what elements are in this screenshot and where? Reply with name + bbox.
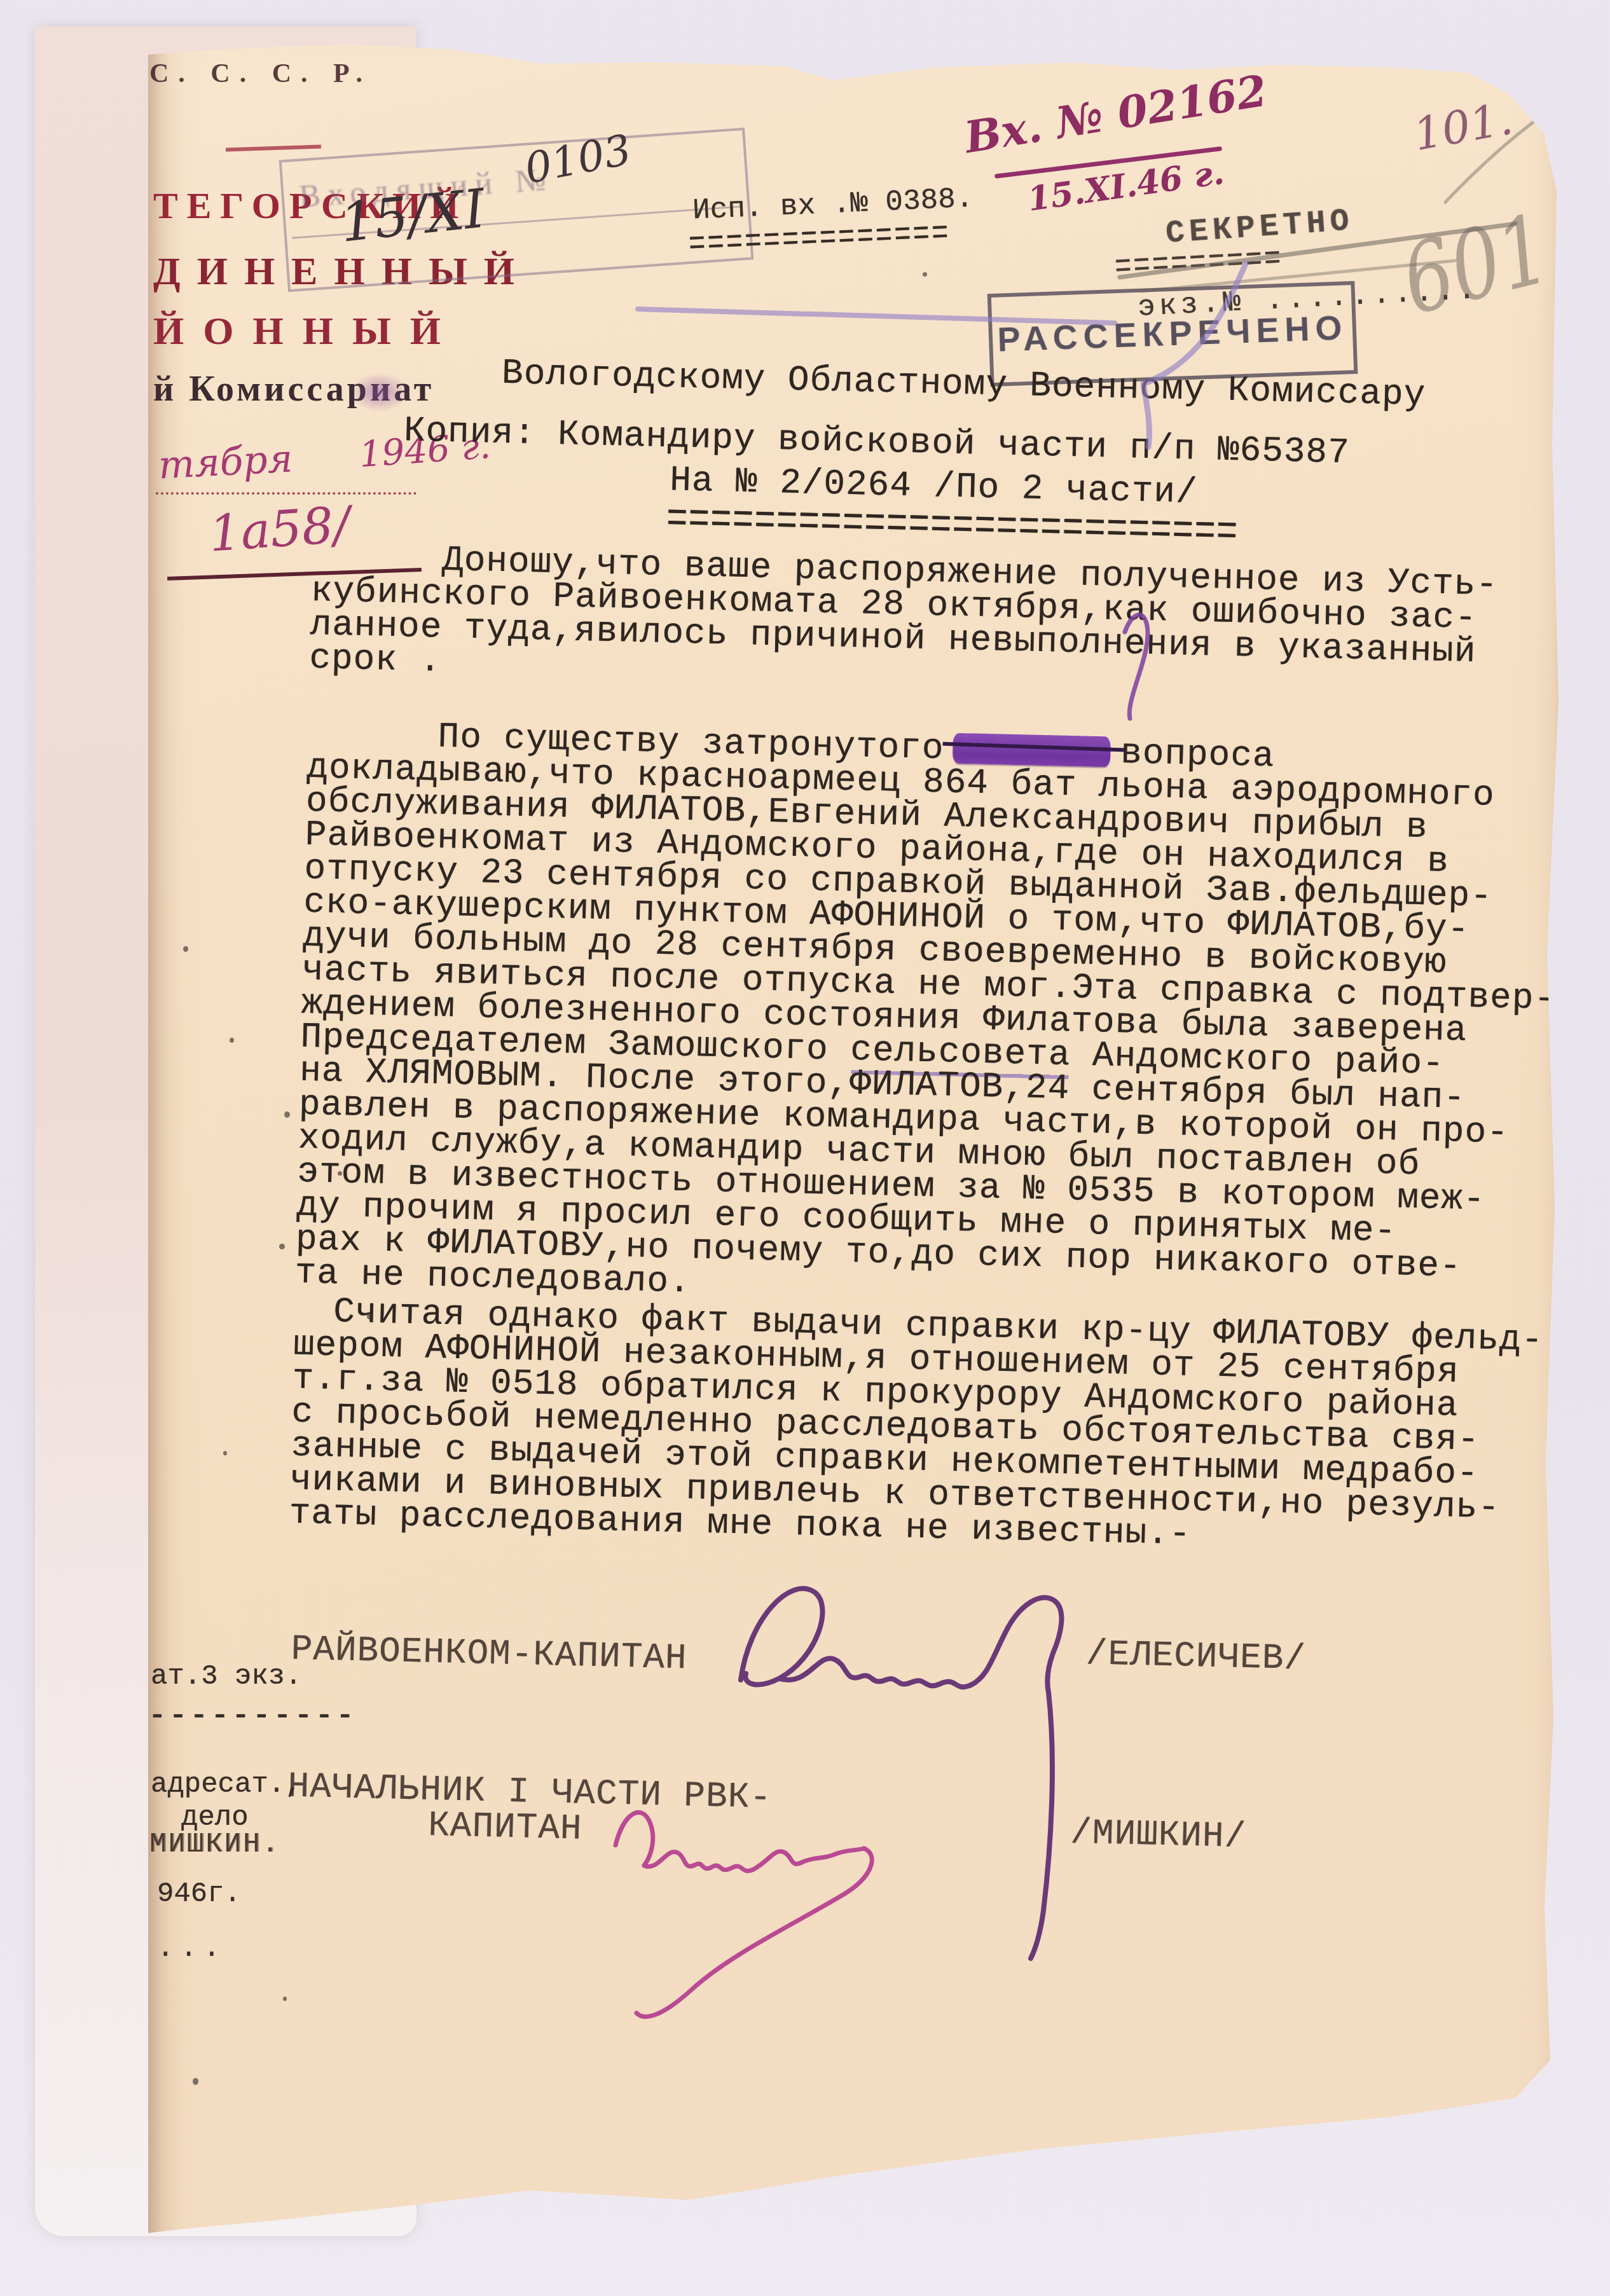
ink-speck — [923, 272, 927, 277]
registration-number-handwritten: Вх. № 02162 — [961, 65, 1270, 163]
margin-mishkin-note: МИШКИН. — [149, 1829, 280, 1860]
registration-date-handwritten: 15.XI.46 г. — [1025, 153, 1227, 219]
ink-speck — [284, 1111, 290, 1118]
typed-content: Вологодскому Областному Военному Комисса… — [278, 348, 1582, 2031]
signature-title-1: РАЙВОЕНКОМ-КАПИТАН — [291, 1633, 687, 1676]
letterhead-handwritten-month: тября — [157, 437, 294, 488]
ink-speck — [183, 946, 188, 952]
ink-speck — [223, 1451, 227, 1455]
scanned-document: С. С. С. Р. ТЕГОРСКИЙ ДИНЕННЫЙ ЙОННЫЙ й … — [0, 0, 1610, 2296]
paragraph-1: Доношу,что ваше распоряжение полученное … — [309, 540, 1499, 703]
ink-speck — [230, 1038, 234, 1043]
margin-copies-note: ат.3 экз. — [151, 1661, 302, 1693]
redaction-mark — [953, 733, 1111, 767]
pencil-scribble: 601 — [1392, 194, 1560, 336]
margin-dots: ... — [157, 1933, 226, 1965]
ink-speck — [279, 1244, 285, 1249]
paragraph-2: По существу затронутоговопроса докладыва… — [294, 717, 1562, 1319]
ink-speck — [193, 2078, 198, 2085]
margin-dash-line: ---------- — [148, 1694, 357, 1738]
declassified-stamp-label: РАССЕКРЕЧЕНО — [997, 308, 1349, 359]
ink-speck — [367, 1314, 372, 1319]
signature-name-1: /ЕЛЕСИЧЕВ/ — [1085, 1637, 1306, 1676]
document-page: С. С. С. Р. ТЕГОРСКИЙ ДИНЕННЫЙ ЙОННЫЙ й … — [148, 0, 1567, 2296]
letterhead-line-3: ЙОННЫЙ — [153, 309, 460, 354]
letterhead-dash — [226, 144, 321, 151]
signature-title-2b: КАПИТАН — [428, 1809, 582, 1846]
addressee-line-2: Копия: Командиру войсковой части п/п №65… — [403, 414, 1350, 470]
paragraph-3: Считая однако факт выдачи справки кр-цу … — [289, 1295, 1544, 1560]
page-number-pencil: 101. — [1410, 92, 1517, 161]
address-divider: ========================== — [666, 498, 1239, 554]
ink-speck — [283, 1997, 287, 2001]
margin-year-note: 946г. — [157, 1878, 241, 1910]
margin-addressee-note: адресат., — [151, 1769, 302, 1801]
signature-name-2: /МИШКИН/ — [1070, 1817, 1247, 1855]
ink-speck — [338, 1171, 342, 1176]
secret-label: СЕКРЕТНО — [1164, 203, 1354, 253]
ussr-heading: С. С. С. Р. — [149, 58, 372, 89]
